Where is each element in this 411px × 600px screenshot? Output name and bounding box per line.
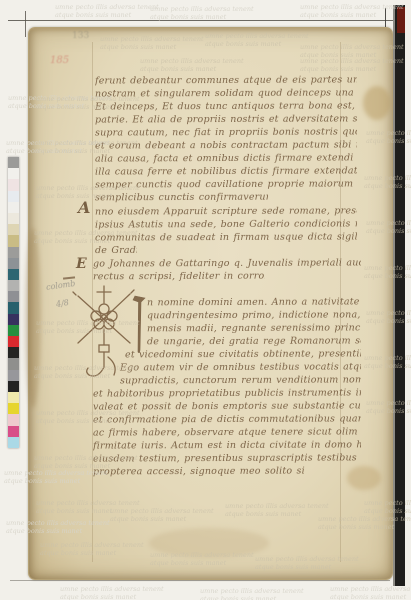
manuscript-line: nno eiusdem Apparuit scripture sede roma… (95, 204, 357, 218)
manuscript-line: supra cautum, nec fiat in propriis bonis… (95, 125, 357, 139)
color-patch (8, 280, 19, 291)
color-patch (8, 381, 19, 392)
manuscript-line: Et deinceps, Et duos tunc antiquos terra… (95, 99, 357, 113)
color-patch (8, 325, 19, 336)
text-paragraph-2: nno eiusdem Apparuit scripture sede roma… (95, 205, 357, 257)
red-foliation-numeral: 185 (50, 55, 69, 66)
film-edge-black (395, 5, 405, 586)
manuscript-line: eiusdem testium, presentibus suprascript… (93, 451, 361, 465)
show-through-ghost-text: umne pecto illis adversa tenentatque bon… (150, 6, 254, 21)
color-patch (8, 392, 19, 403)
color-patch (8, 258, 19, 269)
crop-line-bottom (10, 580, 390, 581)
manuscript-line: firmitate iuris. Actum est in dicta civi… (93, 438, 361, 452)
ghost-shelfmark: 133 (72, 31, 89, 41)
notary-subscription-paragraph: go Johannes de Gattaringo q. Juvenalis i… (93, 257, 361, 283)
crop-tick-left (25, 11, 26, 37)
color-patch (8, 403, 19, 414)
manuscript-line: propterea accessi, signoque meo solito s… (93, 465, 305, 479)
show-through-ghost-text: umne pecto illis adversa tenentatque bon… (60, 586, 164, 600)
manuscript-line: et habitoribus proprietatibus publicis i… (93, 386, 361, 400)
initial-letter-a: A (78, 198, 90, 217)
manuscript-line: illa causa ferre et nobilibus dictis fir… (95, 164, 357, 178)
manuscript-line: patrie. Et alia de propriis nostris et a… (95, 112, 357, 126)
color-patch (8, 157, 19, 168)
color-patch (8, 291, 19, 302)
film-edge-red-tab (397, 7, 405, 33)
show-through-ghost-text: umne pecto illis adversa tenentatque bon… (300, 4, 404, 19)
manuscript-line: go Johannes de Gattaringo q. Juvenalis i… (93, 256, 361, 270)
parchment-stain (363, 86, 391, 120)
crop-line-top (8, 20, 393, 21)
manuscript-line: alia causa, facta et omnibus dictis firm… (95, 151, 357, 165)
manuscript-line: nostram et singularem solidam quod deinc… (95, 86, 357, 100)
color-patch (8, 302, 19, 313)
color-patch (8, 202, 19, 213)
show-through-ghost-text: umne pecto illis adversa tenentatque bon… (330, 586, 411, 600)
color-patch (8, 224, 19, 235)
manuscript-line: valeat et possit de bonis emptoris sue s… (93, 399, 361, 413)
color-patch (8, 179, 19, 190)
manuscript-line: semper cunctis quod cavillatione proprie… (95, 177, 357, 191)
color-patch (8, 213, 19, 224)
show-through-ghost-text: umne pecto illis adversa tenentatque bon… (55, 4, 159, 19)
initial-letter-e: E (76, 256, 87, 272)
color-patch (8, 414, 19, 425)
gutter-shadow (25, 228, 41, 408)
manuscript-line: et confirmatione pia de dictis commutati… (93, 412, 361, 426)
manuscript-line: et eorum debeant a nobis contractam pact… (95, 138, 357, 152)
color-calibration-bar (8, 157, 19, 448)
text-paragraph-1: ferunt debeantur communes atque de eis p… (95, 74, 357, 204)
manuscript-line: semplicibus cunctis confirmaverunt quod … (95, 191, 268, 205)
color-patch (8, 235, 19, 246)
manuscript-line: ac firmis habere, observare atque tenere… (93, 425, 361, 439)
manuscript-photograph: 133 185 colomb 4/8 ferunt debeantur comm… (0, 0, 411, 600)
color-patch (8, 314, 19, 325)
manuscript-line: rectus a scripsi, fideliter in corrobora… (93, 270, 265, 284)
notarial-signum (68, 283, 140, 383)
color-patch (8, 336, 19, 347)
color-patch (8, 269, 19, 280)
manuscript-line: ferunt debeantur communes atque de eis p… (95, 73, 357, 87)
color-patch (8, 191, 19, 202)
parchment-stain (149, 528, 269, 558)
film-edge-bar (393, 5, 405, 586)
color-patch (8, 358, 19, 369)
color-patch (8, 370, 19, 381)
show-through-ghost-text: umne pecto illis adversa tenentatque bon… (200, 588, 304, 600)
color-patch (8, 347, 19, 358)
color-patch (8, 437, 19, 448)
manuscript-line: communitas de suadeat in firmam usque di… (95, 230, 357, 244)
manuscript-line: de Gradis. (95, 244, 137, 257)
color-patch (8, 426, 19, 437)
manuscript-line: ipsius Astutis una sede, bone Galterio c… (95, 217, 357, 231)
color-patch (8, 247, 19, 258)
color-patch (8, 168, 19, 179)
